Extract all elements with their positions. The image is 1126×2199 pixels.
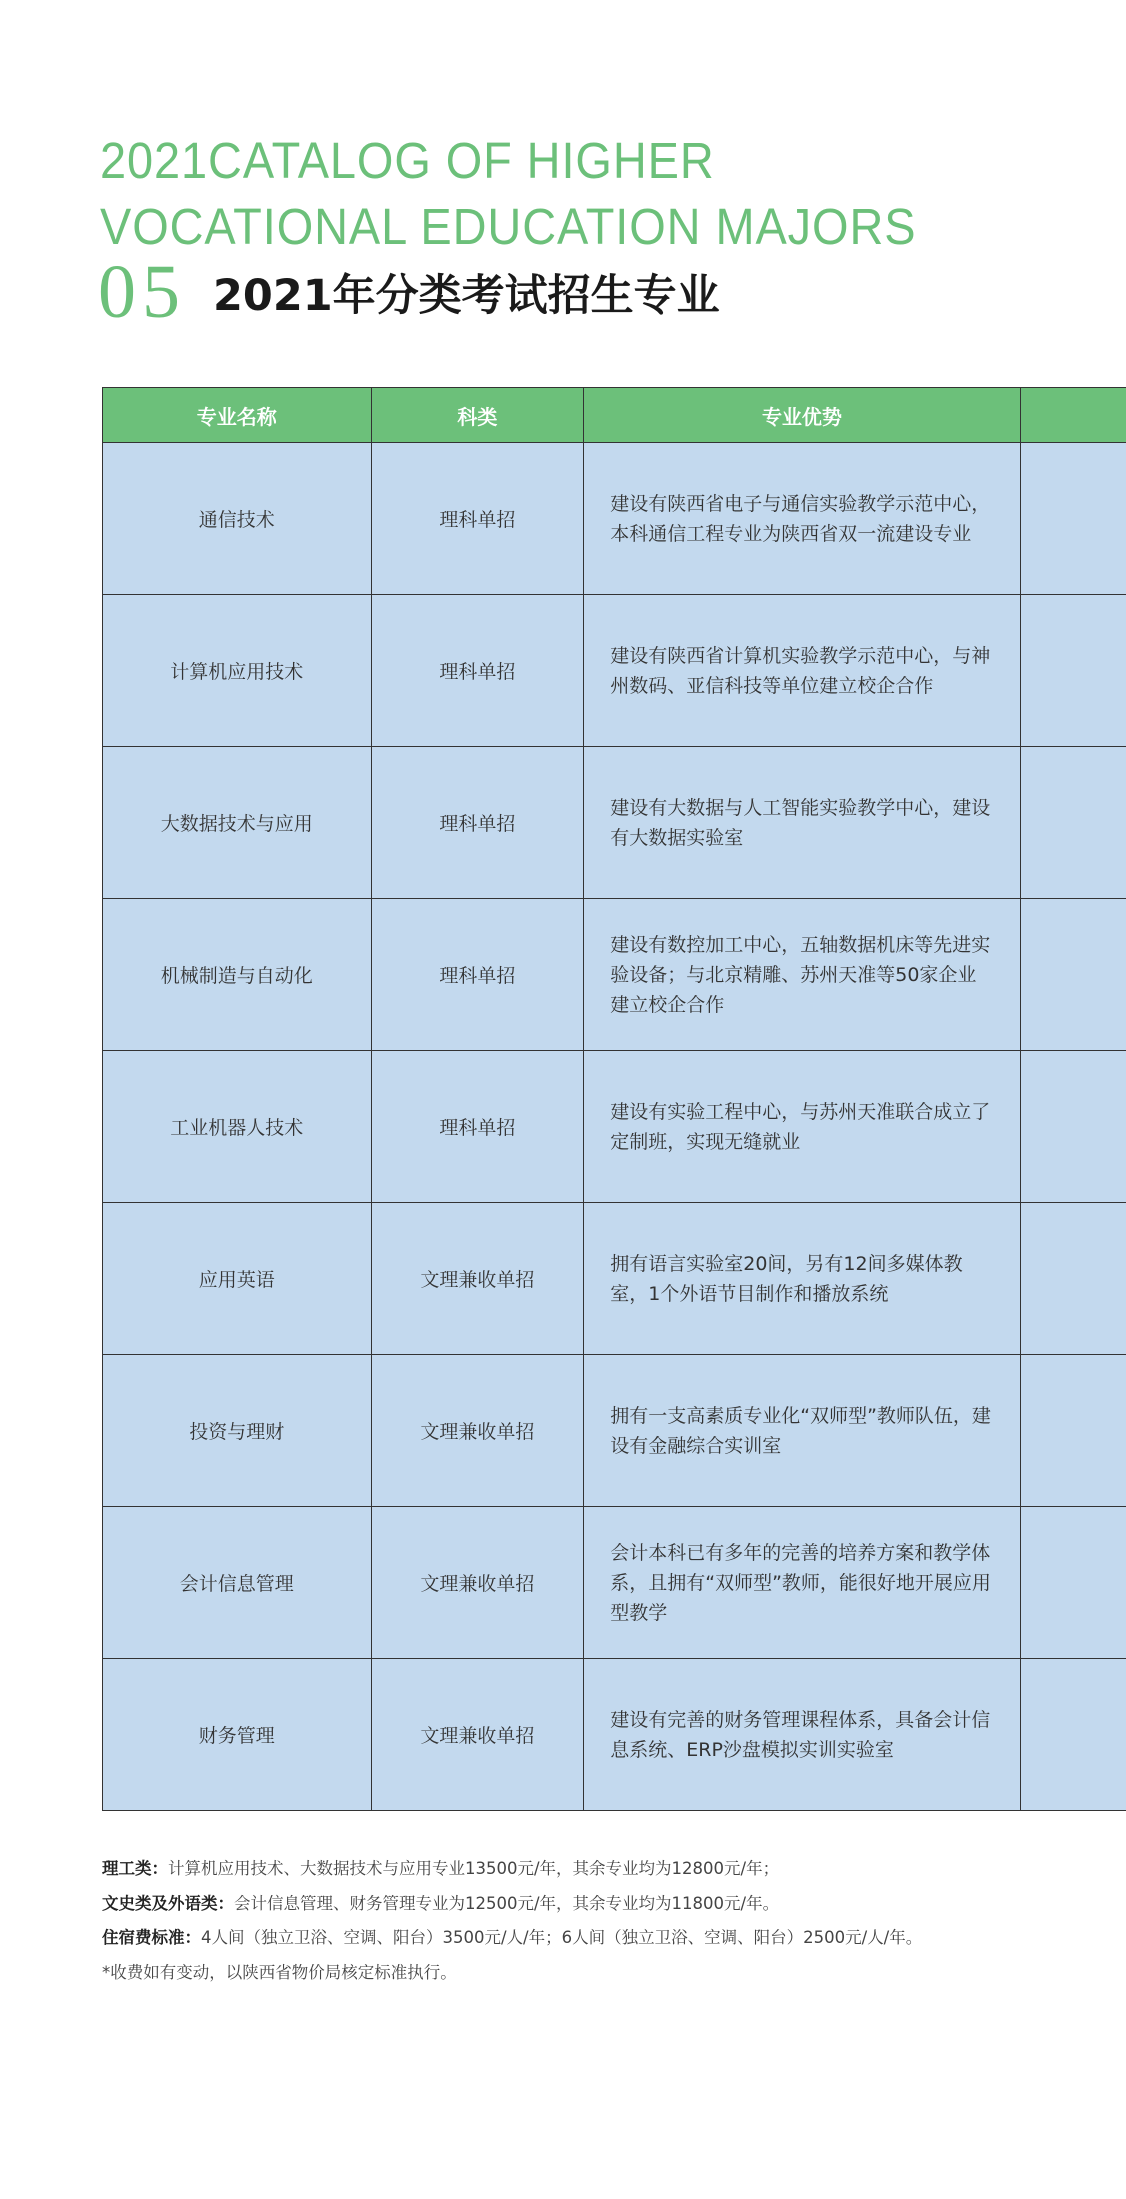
cell-category: 理科单招 (371, 1051, 584, 1203)
cell-advantage: 建设有陕西省计算机实验教学示范中心，与神州数码、亚信科技等单位建立校企合作 (584, 595, 1020, 747)
cell-category: 文理兼收单招 (371, 1203, 584, 1355)
note-text: *收费如有变动，以陕西省物价局核定标准执行。 (102, 1963, 457, 1982)
english-title-line2: VOCATIONAL EDUCATION MAJORS (100, 194, 916, 260)
cell-advantage: 建设有完善的财务管理课程体系，具备会计信息系统、ERP沙盘模拟实训实验室 (584, 1659, 1020, 1811)
table-row: 应用英语文理兼收单招拥有语言实验室20间，另有12间多媒体教室，1个外语节目制作… (103, 1203, 1126, 1355)
cell-extra (1020, 1355, 1126, 1507)
cell-major-name: 计算机应用技术 (103, 595, 372, 747)
col-header-advantage: 专业优势 (584, 388, 1020, 443)
section-number: 05 (98, 252, 186, 332)
cell-category: 文理兼收单招 (371, 1507, 584, 1659)
section-title: 2021年分类考试招生专业 (213, 268, 720, 324)
cell-major-name: 大数据技术与应用 (103, 747, 372, 899)
cell-category: 理科单招 (371, 899, 584, 1051)
table-header-row: 专业名称 科类 专业优势 (103, 388, 1126, 443)
cell-extra (1020, 1203, 1126, 1355)
cell-major-name: 工业机器人技术 (103, 1051, 372, 1203)
cell-extra (1020, 1051, 1126, 1203)
cell-category: 理科单招 (371, 595, 584, 747)
cell-advantage: 建设有数控加工中心，五轴数据机床等先进实验设备；与北京精雕、苏州天准等50家企业… (584, 899, 1020, 1051)
cell-major-name: 通信技术 (103, 443, 372, 595)
table-row: 工业机器人技术理科单招建设有实验工程中心，与苏州天准联合成立了定制班，实现无缝就… (103, 1051, 1126, 1203)
english-title-line1: 2021CATALOG OF HIGHER (100, 128, 916, 194)
cell-major-name: 投资与理财 (103, 1355, 372, 1507)
table-row: 计算机应用技术理科单招建设有陕西省计算机实验教学示范中心，与神州数码、亚信科技等… (103, 595, 1126, 747)
note-line: 住宿费标准：4人间（独立卫浴、空调、阳台）3500元/人/年；6人间（独立卫浴、… (102, 1921, 922, 1956)
table-row: 机械制造与自动化理科单招建设有数控加工中心，五轴数据机床等先进实验设备；与北京精… (103, 899, 1126, 1051)
english-title: 2021CATALOG OF HIGHER VOCATIONAL EDUCATI… (100, 128, 916, 260)
note-label: 理工类： (102, 1859, 168, 1878)
cell-extra (1020, 1507, 1126, 1659)
table-row: 财务管理文理兼收单招建设有完善的财务管理课程体系，具备会计信息系统、ERP沙盘模… (103, 1659, 1126, 1811)
cell-extra (1020, 595, 1126, 747)
cell-major-name: 财务管理 (103, 1659, 372, 1811)
cell-major-name: 应用英语 (103, 1203, 372, 1355)
note-line: *收费如有变动，以陕西省物价局核定标准执行。 (102, 1956, 922, 1991)
table-row: 会计信息管理文理兼收单招会计本科已有多年的完善的培养方案和教学体系，且拥有“双师… (103, 1507, 1126, 1659)
cell-advantage: 会计本科已有多年的完善的培养方案和教学体系，且拥有“双师型”教师，能很好地开展应… (584, 1507, 1020, 1659)
col-header-extra (1020, 388, 1126, 443)
cell-major-name: 会计信息管理 (103, 1507, 372, 1659)
table-row: 大数据技术与应用理科单招建设有大数据与人工智能实验教学中心，建设有大数据实验室 (103, 747, 1126, 899)
majors-table: 专业名称 科类 专业优势 通信技术理科单招建设有陕西省电子与通信实验教学示范中心… (102, 387, 1126, 1811)
cell-category: 理科单招 (371, 443, 584, 595)
cell-advantage: 建设有实验工程中心，与苏州天准联合成立了定制班，实现无缝就业 (584, 1051, 1020, 1203)
note-line: 理工类：计算机应用技术、大数据技术与应用专业13500元/年，其余专业均为128… (102, 1852, 922, 1887)
cell-extra (1020, 1659, 1126, 1811)
note-text: 计算机应用技术、大数据技术与应用专业13500元/年，其余专业均为12800元/… (168, 1859, 779, 1878)
cell-advantage: 拥有一支高素质专业化“双师型”教师队伍，建设有金融综合实训室 (584, 1355, 1020, 1507)
note-text: 会计信息管理、财务管理专业为12500元/年，其余专业均为11800元/年。 (234, 1894, 779, 1913)
note-label: 住宿费标准： (102, 1928, 201, 1947)
note-text: 4人间（独立卫浴、空调、阳台）3500元/人/年；6人间（独立卫浴、空调、阳台）… (201, 1928, 922, 1947)
table-row: 通信技术理科单招建设有陕西省电子与通信实验教学示范中心，本科通信工程专业为陕西省… (103, 443, 1126, 595)
col-header-major-name: 专业名称 (103, 388, 372, 443)
note-label: 文史类及外语类： (102, 1894, 234, 1913)
cell-extra (1020, 443, 1126, 595)
fee-notes: 理工类：计算机应用技术、大数据技术与应用专业13500元/年，其余专业均为128… (102, 1852, 922, 1990)
table-row: 投资与理财文理兼收单招拥有一支高素质专业化“双师型”教师队伍，建设有金融综合实训… (103, 1355, 1126, 1507)
cell-extra (1020, 747, 1126, 899)
cell-extra (1020, 899, 1126, 1051)
cell-advantage: 建设有陕西省电子与通信实验教学示范中心，本科通信工程专业为陕西省双一流建设专业 (584, 443, 1020, 595)
cell-category: 文理兼收单招 (371, 1659, 584, 1811)
cell-advantage: 拥有语言实验室20间，另有12间多媒体教室，1个外语节目制作和播放系统 (584, 1203, 1020, 1355)
note-line: 文史类及外语类：会计信息管理、财务管理专业为12500元/年，其余专业均为118… (102, 1887, 922, 1922)
cell-major-name: 机械制造与自动化 (103, 899, 372, 1051)
cell-category: 文理兼收单招 (371, 1355, 584, 1507)
cell-category: 理科单招 (371, 747, 584, 899)
col-header-category: 科类 (371, 388, 584, 443)
cell-advantage: 建设有大数据与人工智能实验教学中心，建设有大数据实验室 (584, 747, 1020, 899)
